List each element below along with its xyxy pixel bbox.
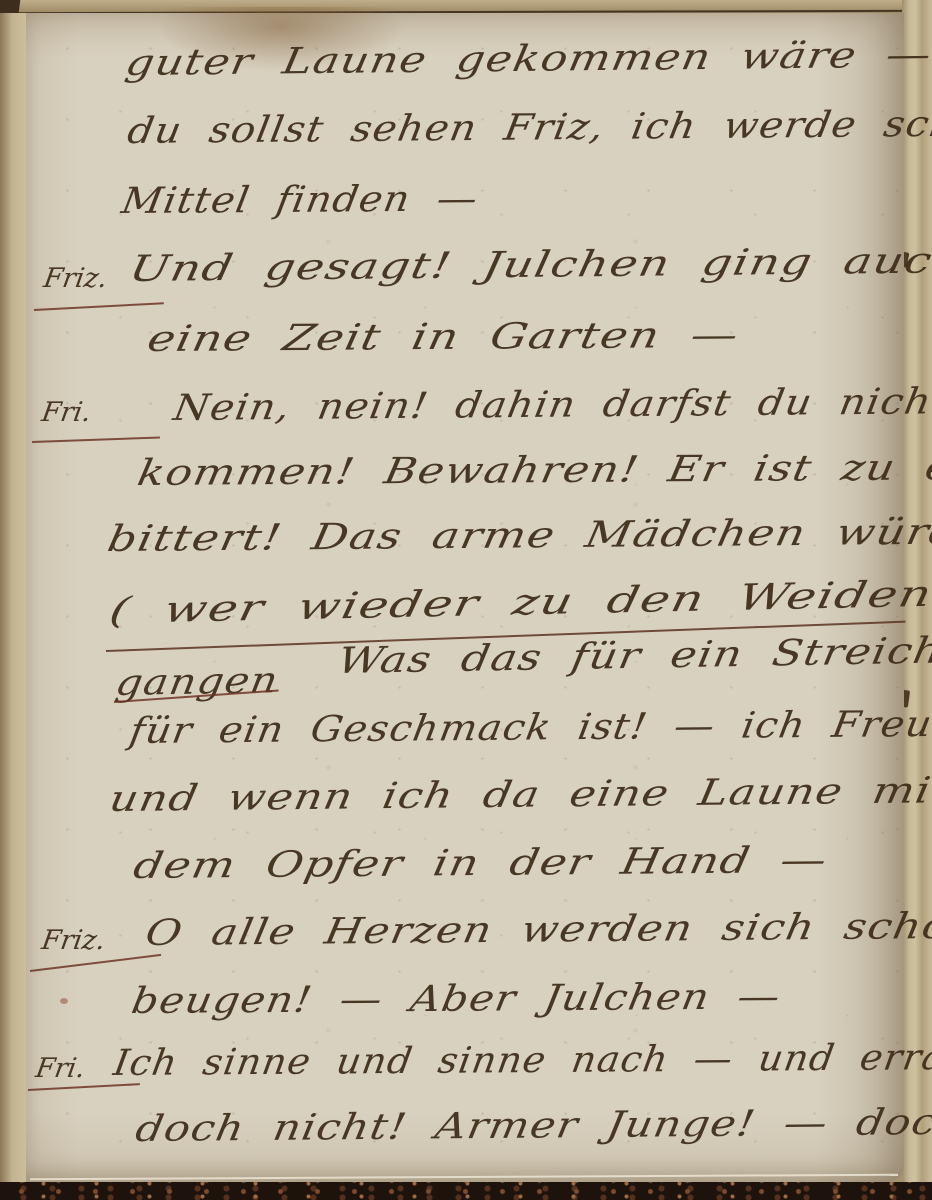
speaker-label-friz-2: Friz. [40, 925, 108, 956]
handwriting-line-2: du sollst sehen Friz, ich werde schon [125, 103, 932, 152]
ink-underline [34, 302, 164, 311]
handwriting-line-16: beugen! — Aber Julchen — [128, 976, 784, 1022]
handwriting-line-9: ( wer wieder zu den Weiden ge [106, 572, 932, 632]
paper-stain [60, 998, 68, 1004]
handwriting-line-7: kommen! Bewahren! Er ist zu er. [134, 447, 932, 494]
handwriting-line-13: und wenn ich da eine Laune mit [106, 770, 932, 820]
paper-deckle-edge [30, 1174, 898, 1181]
speaker-label-fri-2: Fri. [34, 1053, 88, 1084]
page-edge-left [0, 13, 27, 1183]
book-photo: guter Laune gekommen wäre — aber du soll… [0, 0, 932, 1200]
ink-underline [32, 437, 160, 443]
handwriting-line-12: für ein Geschmack ist! — ich Freund? [127, 703, 932, 752]
handwriting-line-15: O alle Herzen werden sich schon [142, 906, 932, 954]
handwriting-line-10: gangen [113, 660, 282, 704]
handwriting-line-14: dem Opfer in der Hand — [130, 840, 831, 887]
handwriting-line-17: Ich sinne und sinne nach — und errate [111, 1037, 932, 1084]
handwriting-line-4: Und gesagt! Julchen ging auch [126, 240, 932, 290]
handwriting-line-18: doch nicht! Armer Junge! — doch [132, 1102, 932, 1150]
ink-underline [30, 954, 161, 972]
speaker-label-friz-1: Friz. [42, 263, 110, 294]
handwriting-line-8: bittert! Das arme Mädchen würde— [104, 511, 932, 560]
handwriting-line-5: eine Zeit in Garten — [144, 315, 743, 360]
handwriting-line-3: Mittel finden — [119, 178, 482, 222]
manuscript-page: guter Laune gekommen wäre — aber du soll… [26, 13, 904, 1182]
book-cover-bottom [0, 1182, 932, 1200]
ink-underline [28, 1083, 140, 1091]
handwriting-line-6: Nein, nein! dahin darfst du nicht [171, 381, 932, 429]
speaker-label-fri-1: Fri. [40, 397, 94, 428]
